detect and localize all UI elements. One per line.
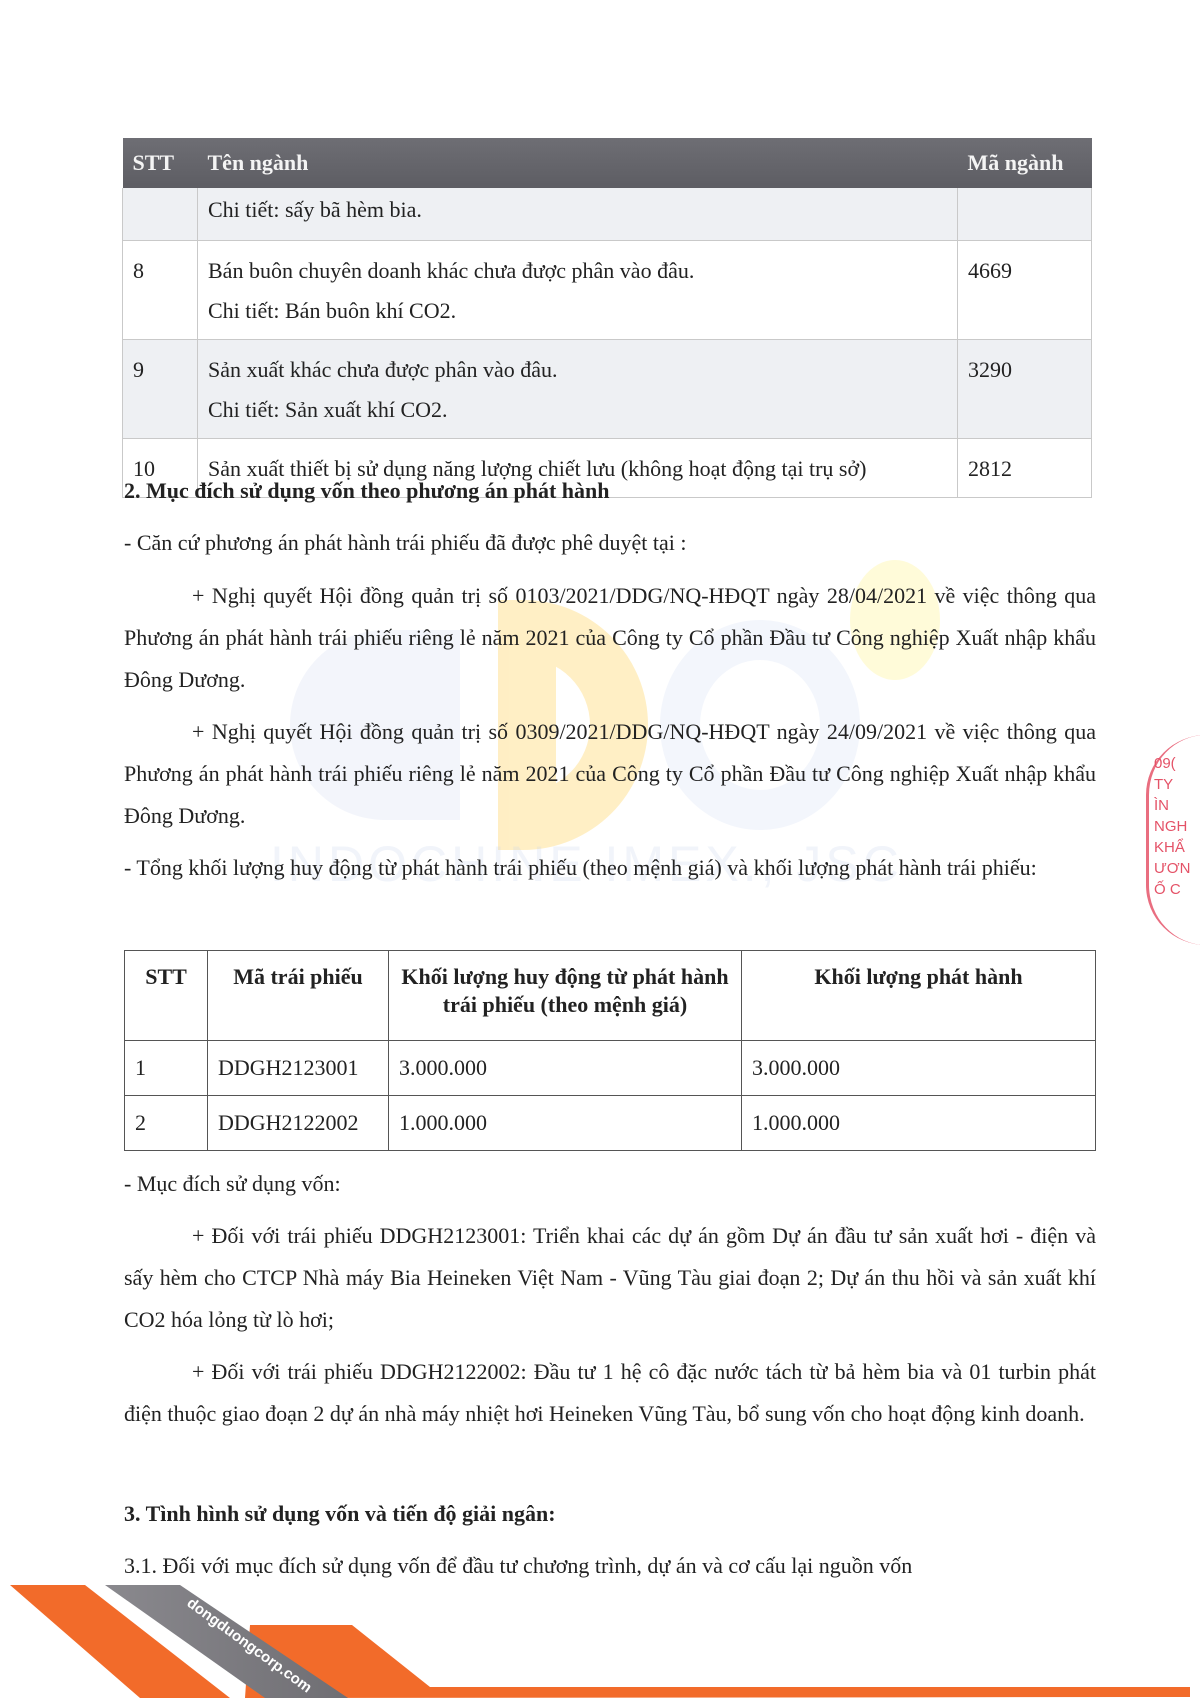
stamp-text-line: Ố C	[1154, 879, 1191, 900]
industry-name-line: Bán buôn chuyên doanh khác chưa được phâ…	[208, 251, 947, 291]
stamp-text: 09(TYÌNNGHKHẨƯƠNỐ C	[1154, 753, 1191, 900]
stamp-text-line: TY	[1154, 774, 1191, 795]
bond-issued: 1.000.000	[742, 1096, 1096, 1151]
bond-table-header: STT Mã trái phiếu Khối lượng huy động từ…	[125, 951, 1096, 1041]
industry-table: STT Tên ngành Mã ngành Chi tiết: sấy bã …	[122, 138, 1092, 498]
company-seal-stamp: 09(TYÌNNGHKHẨƯƠNỐ C	[1146, 735, 1200, 945]
industry-name: Sản xuất khác chưa được phân vào đâu.Chi…	[198, 340, 958, 439]
bond-table-row: 1DDGH21230013.000.0003.000.000	[125, 1041, 1096, 1096]
section-2-heading: 2. Mục đích sử dụng vốn theo phương án p…	[124, 470, 1096, 512]
industry-stt: 8	[123, 241, 198, 340]
volume-intro: - Tổng khối lượng huy động từ phát hành …	[124, 847, 1096, 889]
bond-stt: 2	[125, 1096, 208, 1151]
bond-raised: 1.000.000	[389, 1096, 742, 1151]
purpose-bond-2: + Đối với trái phiếu DDGH2122002: Đầu tư…	[124, 1351, 1096, 1435]
industry-name: Chi tiết: sấy bã hèm bia.	[198, 188, 958, 241]
industry-table-row: 8Bán buôn chuyên doanh khác chưa được ph…	[123, 241, 1092, 340]
industry-table-header: STT Tên ngành Mã ngành	[123, 138, 1092, 188]
industry-table-row: Chi tiết: sấy bã hèm bia.	[123, 188, 1092, 241]
section-3-1-heading: 3.1. Đối với mục đích sử dụng vốn để đầu…	[124, 1545, 1096, 1587]
bond-header-stt: STT	[125, 951, 208, 1041]
resolution-2: + Nghị quyết Hội đồng quản trị số 0309/2…	[124, 711, 1096, 837]
industry-detail-line: Chi tiết: sấy bã hèm bia.	[208, 190, 947, 230]
header-industry-code: Mã ngành	[958, 138, 1092, 188]
footer-ribbon: dongduongcorp.com	[0, 1585, 1200, 1698]
stamp-text-line: KHẨ	[1154, 837, 1191, 858]
industry-name: Bán buôn chuyên doanh khác chưa được phâ…	[198, 241, 958, 340]
section-3-heading: 3. Tình hình sử dụng vốn và tiến độ giải…	[124, 1493, 1096, 1535]
bond-header-raised: Khối lượng huy động từ phát hành trái ph…	[389, 951, 742, 1041]
bond-header-issued: Khối lượng phát hành	[742, 951, 1096, 1041]
bond-table-row: 2DDGH21220021.000.0001.000.000	[125, 1096, 1096, 1151]
industry-detail-line: Chi tiết: Bán buôn khí CO2.	[208, 291, 947, 331]
header-industry-name: Tên ngành	[198, 138, 958, 188]
stamp-text-line: ƯƠN	[1154, 858, 1191, 879]
bond-stt: 1	[125, 1041, 208, 1096]
stamp-text-line: 09(	[1154, 753, 1191, 774]
basis-intro: - Căn cứ phương án phát hành trái phiếu …	[124, 522, 1096, 564]
purpose-bond-1: + Đối với trái phiếu DDGH2123001: Triển …	[124, 1215, 1096, 1341]
bond-raised: 3.000.000	[389, 1041, 742, 1096]
bond-code: DDGH2122002	[208, 1096, 389, 1151]
industry-name-line: Sản xuất khác chưa được phân vào đâu.	[208, 350, 947, 390]
bond-issued: 3.000.000	[742, 1041, 1096, 1096]
industry-stt	[123, 188, 198, 241]
stamp-text-line: ÌN	[1154, 795, 1191, 816]
industry-code	[958, 188, 1092, 241]
stamp-text-line: NGH	[1154, 816, 1191, 837]
bond-header-code: Mã trái phiếu	[208, 951, 389, 1041]
document-page: INDOCHINE IMEX., JSC STT Tên ngành Mã ng…	[0, 0, 1200, 1698]
resolution-1: + Nghị quyết Hội đồng quản trị số 0103/2…	[124, 575, 1096, 701]
bond-table: STT Mã trái phiếu Khối lượng huy động từ…	[124, 950, 1096, 1151]
industry-table-row: 9Sản xuất khác chưa được phân vào đâu.Ch…	[123, 340, 1092, 439]
industry-detail-line: Chi tiết: Sản xuất khí CO2.	[208, 390, 947, 430]
header-stt: STT	[123, 138, 198, 188]
bond-code: DDGH2123001	[208, 1041, 389, 1096]
industry-code: 4669	[958, 241, 1092, 340]
purpose-intro: - Mục đích sử dụng vốn:	[124, 1163, 1096, 1205]
industry-stt: 9	[123, 340, 198, 439]
industry-code: 3290	[958, 340, 1092, 439]
